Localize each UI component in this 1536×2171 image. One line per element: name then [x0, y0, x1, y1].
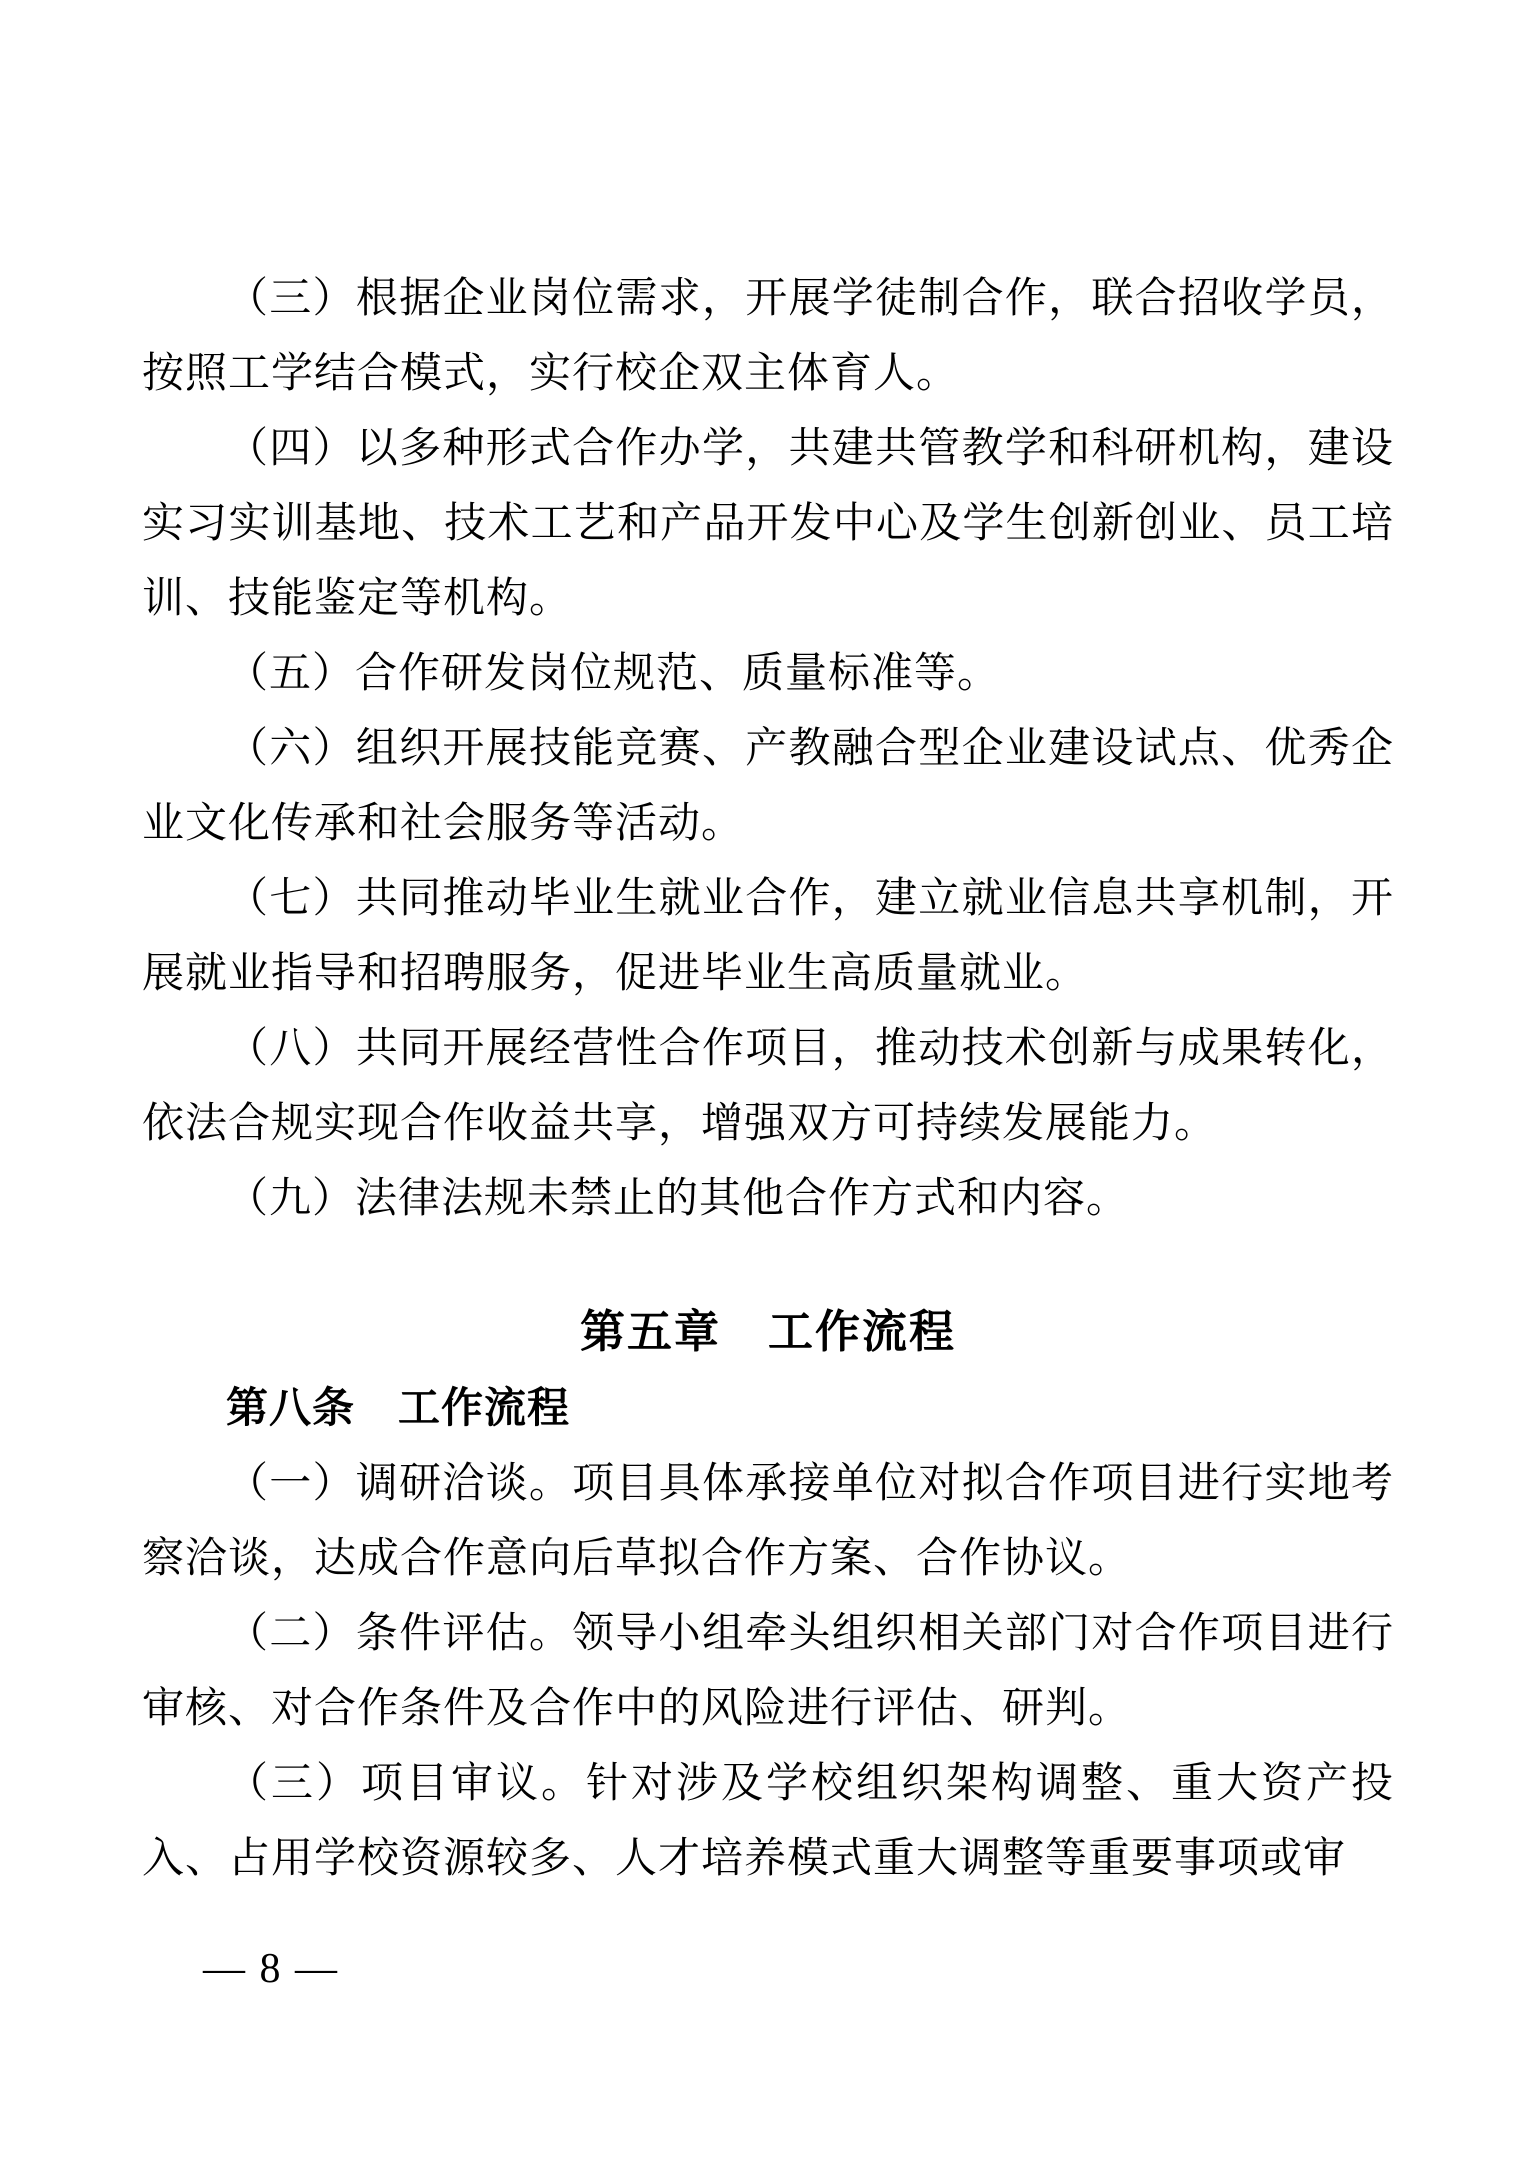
document-body: （三）根据企业岗位需求，开展学徒制合作，联合招收学员，按照工学结合模式，实行校企…	[142, 0, 1394, 1897]
procedure-paragraph-1: （一）调研洽谈。项目具体承接单位对拟合作项目进行实地考察洽谈，达成合作意向后草拟…	[142, 1447, 1394, 1597]
article-heading: 第八条 工作流程	[142, 1372, 1394, 1447]
procedure-paragraph-2: （二）条件评估。领导小组牵头组织相关部门对合作项目进行审核、对合作条件及合作中的…	[142, 1597, 1394, 1747]
procedure-paragraph-3: （三）项目审议。针对涉及学校组织架构调整、重大资产投入、占用学校资源较多、人才培…	[142, 1747, 1394, 1897]
chapter-heading: 第五章 工作流程	[142, 1294, 1394, 1369]
clause-paragraph-5: （五）合作研发岗位规范、质量标准等。	[142, 637, 1394, 712]
clause-paragraph-3: （三）根据企业岗位需求，开展学徒制合作，联合招收学员，按照工学结合模式，实行校企…	[142, 262, 1394, 412]
clause-paragraph-8: （八）共同开展经营性合作项目，推动技术创新与成果转化，依法合规实现合作收益共享，…	[142, 1012, 1394, 1162]
document-page: （三）根据企业岗位需求，开展学徒制合作，联合招收学员，按照工学结合模式，实行校企…	[0, 0, 1536, 2171]
clause-paragraph-7: （七）共同推动毕业生就业合作，建立就业信息共享机制，开展就业指导和招聘服务，促进…	[142, 862, 1394, 1012]
footer-page-number: — 8 —	[203, 1947, 339, 1992]
clause-paragraph-9: （九）法律法规未禁止的其他合作方式和内容。	[142, 1162, 1394, 1237]
clause-paragraph-4: （四）以多种形式合作办学，共建共管教学和科研机构，建设实习实训基地、技术工艺和产…	[142, 412, 1394, 637]
clause-paragraph-6: （六）组织开展技能竞赛、产教融合型企业建设试点、优秀企业文化传承和社会服务等活动…	[142, 712, 1394, 862]
